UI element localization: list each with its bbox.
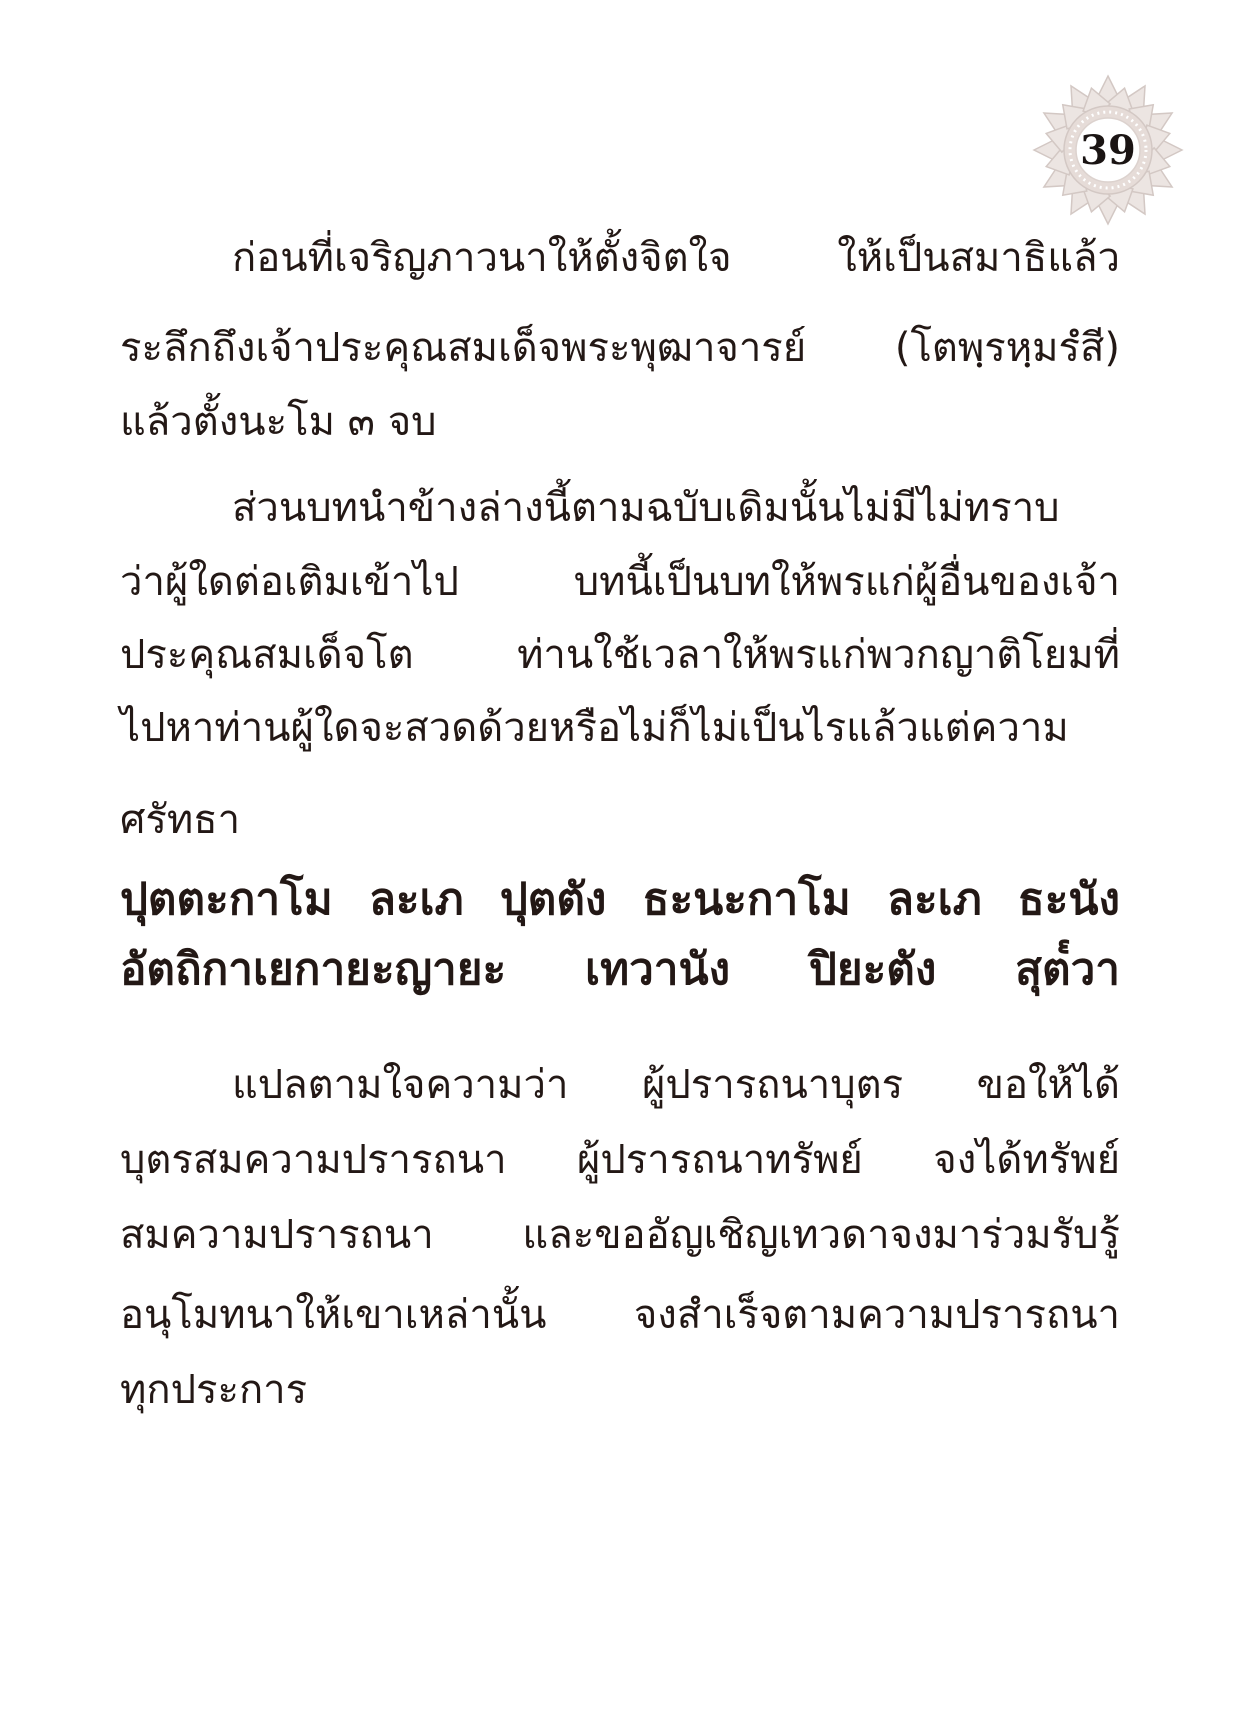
translation-line: แปลตามใจความว่า ผู้ปรารถนาบุตร ขอให้ได้ xyxy=(120,1055,1120,1115)
translation-line: สมความปรารถนา และขออัญเชิญเทวดาจงมาร่วมร… xyxy=(120,1205,1120,1265)
translation-line: อนุโมทนาให้เขาเหล่านั้น จงสำเร็จตามความป… xyxy=(120,1285,1120,1345)
translation-line: ทุกประการ xyxy=(120,1360,1120,1420)
page-number: 39 xyxy=(1030,72,1186,228)
chant-line: อัตถิกาเยกายะญายะ เทวานัง ปิยะตัง สุต๎วา xyxy=(120,940,1120,1000)
note-line: ศรัทธา xyxy=(120,790,1120,850)
note-line: ไปหาท่านผู้ใดจะสวดด้วยหรือไม่ก็ไม่เป็นไร… xyxy=(120,698,1120,758)
note-line: ส่วนบทนำข้างล่างนี้ตามฉบับเดิมนั้นไม่มีไ… xyxy=(120,478,1120,538)
note-line: ประคุณสมเด็จโต ท่านใช้เวลาให้พรแก่พวกญาต… xyxy=(120,625,1120,685)
note-line: ว่าผู้ใดต่อเติมเข้าไป บทนี้เป็นบทให้พรแก… xyxy=(120,552,1120,612)
intro-line: ก่อนที่เจริญภาวนาให้ตั้งจิตใจ ให้เป็นสมา… xyxy=(120,228,1120,288)
intro-line: ระลึกถึงเจ้าประคุณสมเด็จพระพุฒาจารย์ (โต… xyxy=(120,318,1120,378)
chant-line: ปุตตะกาโม ละเภ ปุตตัง ธะนะกาโม ละเภ ธะนั… xyxy=(120,870,1120,930)
intro-line: แล้วตั้งนะโม ๓ จบ xyxy=(120,392,1120,452)
translation-line: บุตรสมความปรารถนา ผู้ปรารถนาทรัพย์ จงได้… xyxy=(120,1130,1120,1190)
page-number-ornament: 39 xyxy=(1030,72,1186,228)
